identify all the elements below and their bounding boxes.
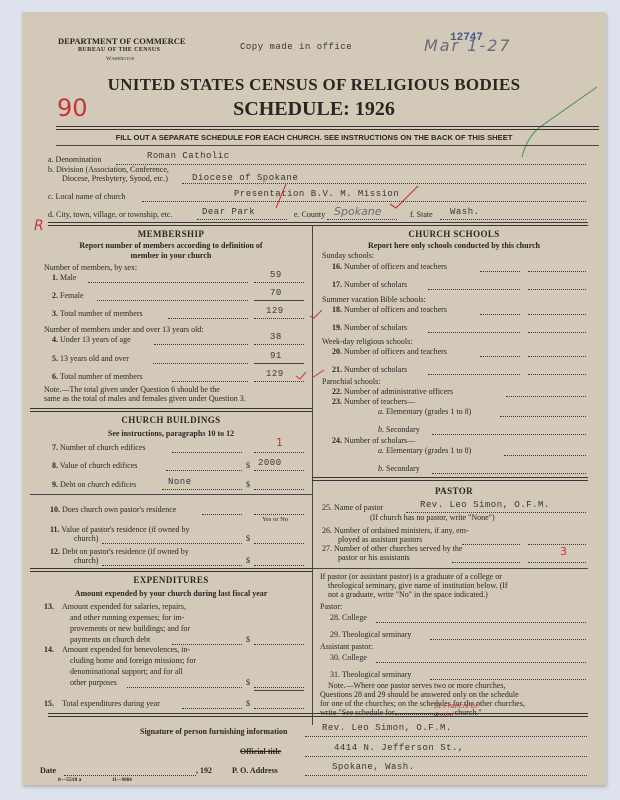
division-label-1: b. Division (Association, Conference, [48, 165, 169, 174]
edifices-debt[interactable]: None [168, 477, 192, 487]
city-line [197, 219, 287, 220]
male-count[interactable]: 59 [270, 270, 282, 280]
church-schools-subtitle: Report here only schools conducted by th… [312, 241, 596, 250]
local-name-label: c. Local name of church [48, 192, 126, 201]
pastor-name-label: 25. Name of pastor [322, 503, 383, 512]
assistant-grad-label: Assistant pastor: [320, 642, 373, 651]
church-buildings-title: CHURCH BUILDINGS [30, 415, 312, 425]
assistant-count-label-2: ployed as assistant pastors [338, 535, 422, 544]
total-members-q3[interactable]: 129 [266, 306, 284, 316]
denomination-line [116, 164, 586, 165]
church-schools-title: CHURCH SCHOOLS [312, 229, 596, 239]
q31-seminary-label: 31. Theological seminary [330, 670, 411, 679]
denomination-label: a. Denomination [48, 155, 101, 164]
membership-note-2: same as the total of males and females g… [44, 394, 246, 403]
census-schedule-sheet: DEPARTMENT OF COMMERCE BUREAU OF THE CEN… [22, 12, 606, 785]
pastor-grad-label: Pastor: [320, 602, 342, 611]
expenditures-subtitle: Amount expended by your church during la… [30, 589, 312, 598]
over-13-count[interactable]: 91 [270, 351, 282, 361]
signature-value[interactable]: Rev. Leo Simon, O.F.M. [322, 723, 452, 733]
signature-line [305, 736, 587, 737]
red-tick-marks [286, 302, 326, 387]
graduate-note-1: If pastor (or assistant pastor) is a gra… [320, 572, 502, 581]
date-label: Date [40, 766, 56, 775]
pencil-date-note: Mar 1-27 [424, 36, 512, 55]
q31-seminary-line[interactable] [430, 679, 586, 680]
column-divider [312, 225, 313, 725]
pastor-name-hint: (If church has no pastor, write "None") [370, 513, 495, 522]
membership-note-1: Note.—The total given under Question 6 s… [44, 385, 308, 394]
city-value[interactable]: Dear Park [202, 207, 255, 217]
banner-rule [56, 145, 599, 146]
city-label: d. City, town, village, or township, etc… [48, 210, 172, 219]
summer-schools-label: Summer vacation Bible schools: [322, 295, 426, 304]
other-churches-value[interactable]: 3 [560, 545, 567, 558]
official-title-value[interactable]: 4414 N. Jefferson St., [334, 743, 464, 753]
other-churches-label-2: pastor or his assistants [338, 553, 410, 562]
membership-rule [30, 408, 312, 412]
female-count[interactable]: 70 [270, 288, 282, 298]
bottom-rule [48, 713, 588, 717]
q28-college-line[interactable] [376, 622, 586, 623]
graduate-note-3: not a graduate, write "No" in the space … [328, 590, 488, 599]
official-title-line [305, 756, 587, 757]
header-rule [56, 126, 599, 130]
weekday-schools-label: Week-day religious schools: [322, 337, 412, 346]
form-code: 8—5518 a [58, 777, 81, 783]
bureau-name: BUREAU OF THE CENSUS [78, 47, 160, 53]
pastor-note-3: for one of the churches; on the schedule… [320, 699, 525, 708]
county-label: e. County [294, 210, 325, 219]
assistant-count-label-1: 26. Number of ordained ministers, if any… [322, 526, 469, 535]
schools-rule [312, 477, 588, 481]
see-schedule-handwritten: St Francis of Assisi [434, 702, 484, 720]
sunday-schools-label: Sunday schools: [322, 251, 374, 260]
by-sex-label: Number of members, by sex: [44, 263, 137, 272]
other-churches-label-1: 27. Number of other churches served by t… [322, 544, 462, 553]
date-line[interactable] [64, 775, 196, 776]
state-label: f. State [410, 210, 433, 219]
signature-label: Signature of person furnishing informati… [140, 727, 287, 736]
copy-note: Copy made in office [240, 42, 352, 52]
age-label: Number of members under and over 13 year… [44, 325, 204, 334]
edifices-count[interactable]: 1 [276, 436, 283, 449]
membership-title: MEMBERSHIP [30, 229, 312, 239]
official-title-label: Official title [240, 747, 281, 756]
pastor-divider [312, 568, 588, 569]
q28-college-label: 28. College [330, 613, 367, 622]
q29-seminary-line[interactable] [430, 639, 586, 640]
q29-seminary-label: 29. Theological seminary [330, 630, 411, 639]
expenditures-title: EXPENDITURES [30, 575, 312, 585]
total-members-q6[interactable]: 129 [266, 369, 284, 379]
edifices-value[interactable]: 2000 [258, 458, 282, 468]
state-line [440, 219, 586, 220]
identification-rule [48, 222, 588, 226]
instruction-banner: FILL OUT A SEPARATE SCHEDULE FOR EACH CH… [22, 133, 606, 142]
yes-no-hint: Yes or No [262, 516, 288, 523]
green-check-mark [512, 82, 602, 162]
denomination-value[interactable]: Roman Catholic [147, 151, 230, 161]
parochial-schools-label: Parochial schools: [322, 377, 380, 386]
county-value[interactable]: Spokane [334, 205, 382, 218]
po-address-value[interactable]: Spokane, Wash. [332, 762, 415, 772]
county-line [327, 219, 397, 220]
city-name: Washington [106, 56, 134, 62]
pastor-note-1: Note.—Where one pastor serves two or mor… [328, 681, 506, 690]
state-value[interactable]: Wash. [450, 207, 480, 217]
q30-college-label: 30. College [330, 653, 367, 662]
graduate-note-2: theological seminary, give name of insti… [328, 581, 508, 590]
under-13-count[interactable]: 38 [270, 332, 282, 342]
buildings-divider [30, 494, 312, 495]
membership-subtitle-2: member in your church [30, 251, 312, 260]
buildings-rule [30, 568, 312, 572]
pastor-note-2: Questions 28 and 29 should be answered o… [320, 690, 519, 699]
print-code: 11—9084 [112, 778, 132, 783]
pastor-title: PASTOR [312, 486, 596, 496]
po-address-label: P. O. Address [232, 766, 278, 775]
q30-college-line[interactable] [376, 662, 586, 663]
date-year-suffix: , 192 [196, 766, 212, 775]
po-address-line [305, 775, 587, 776]
membership-subtitle-1: Report number of members according to de… [30, 241, 312, 250]
department-name: DEPARTMENT OF COMMERCE [58, 36, 186, 46]
pastor-name-value[interactable]: Rev. Leo Simon, O.F.M. [420, 500, 550, 510]
division-label-2: Diocese, Presbytery, Synod, etc.) [62, 174, 168, 183]
church-buildings-subtitle: See instructions, paragraphs 10 to 12 [30, 429, 312, 438]
